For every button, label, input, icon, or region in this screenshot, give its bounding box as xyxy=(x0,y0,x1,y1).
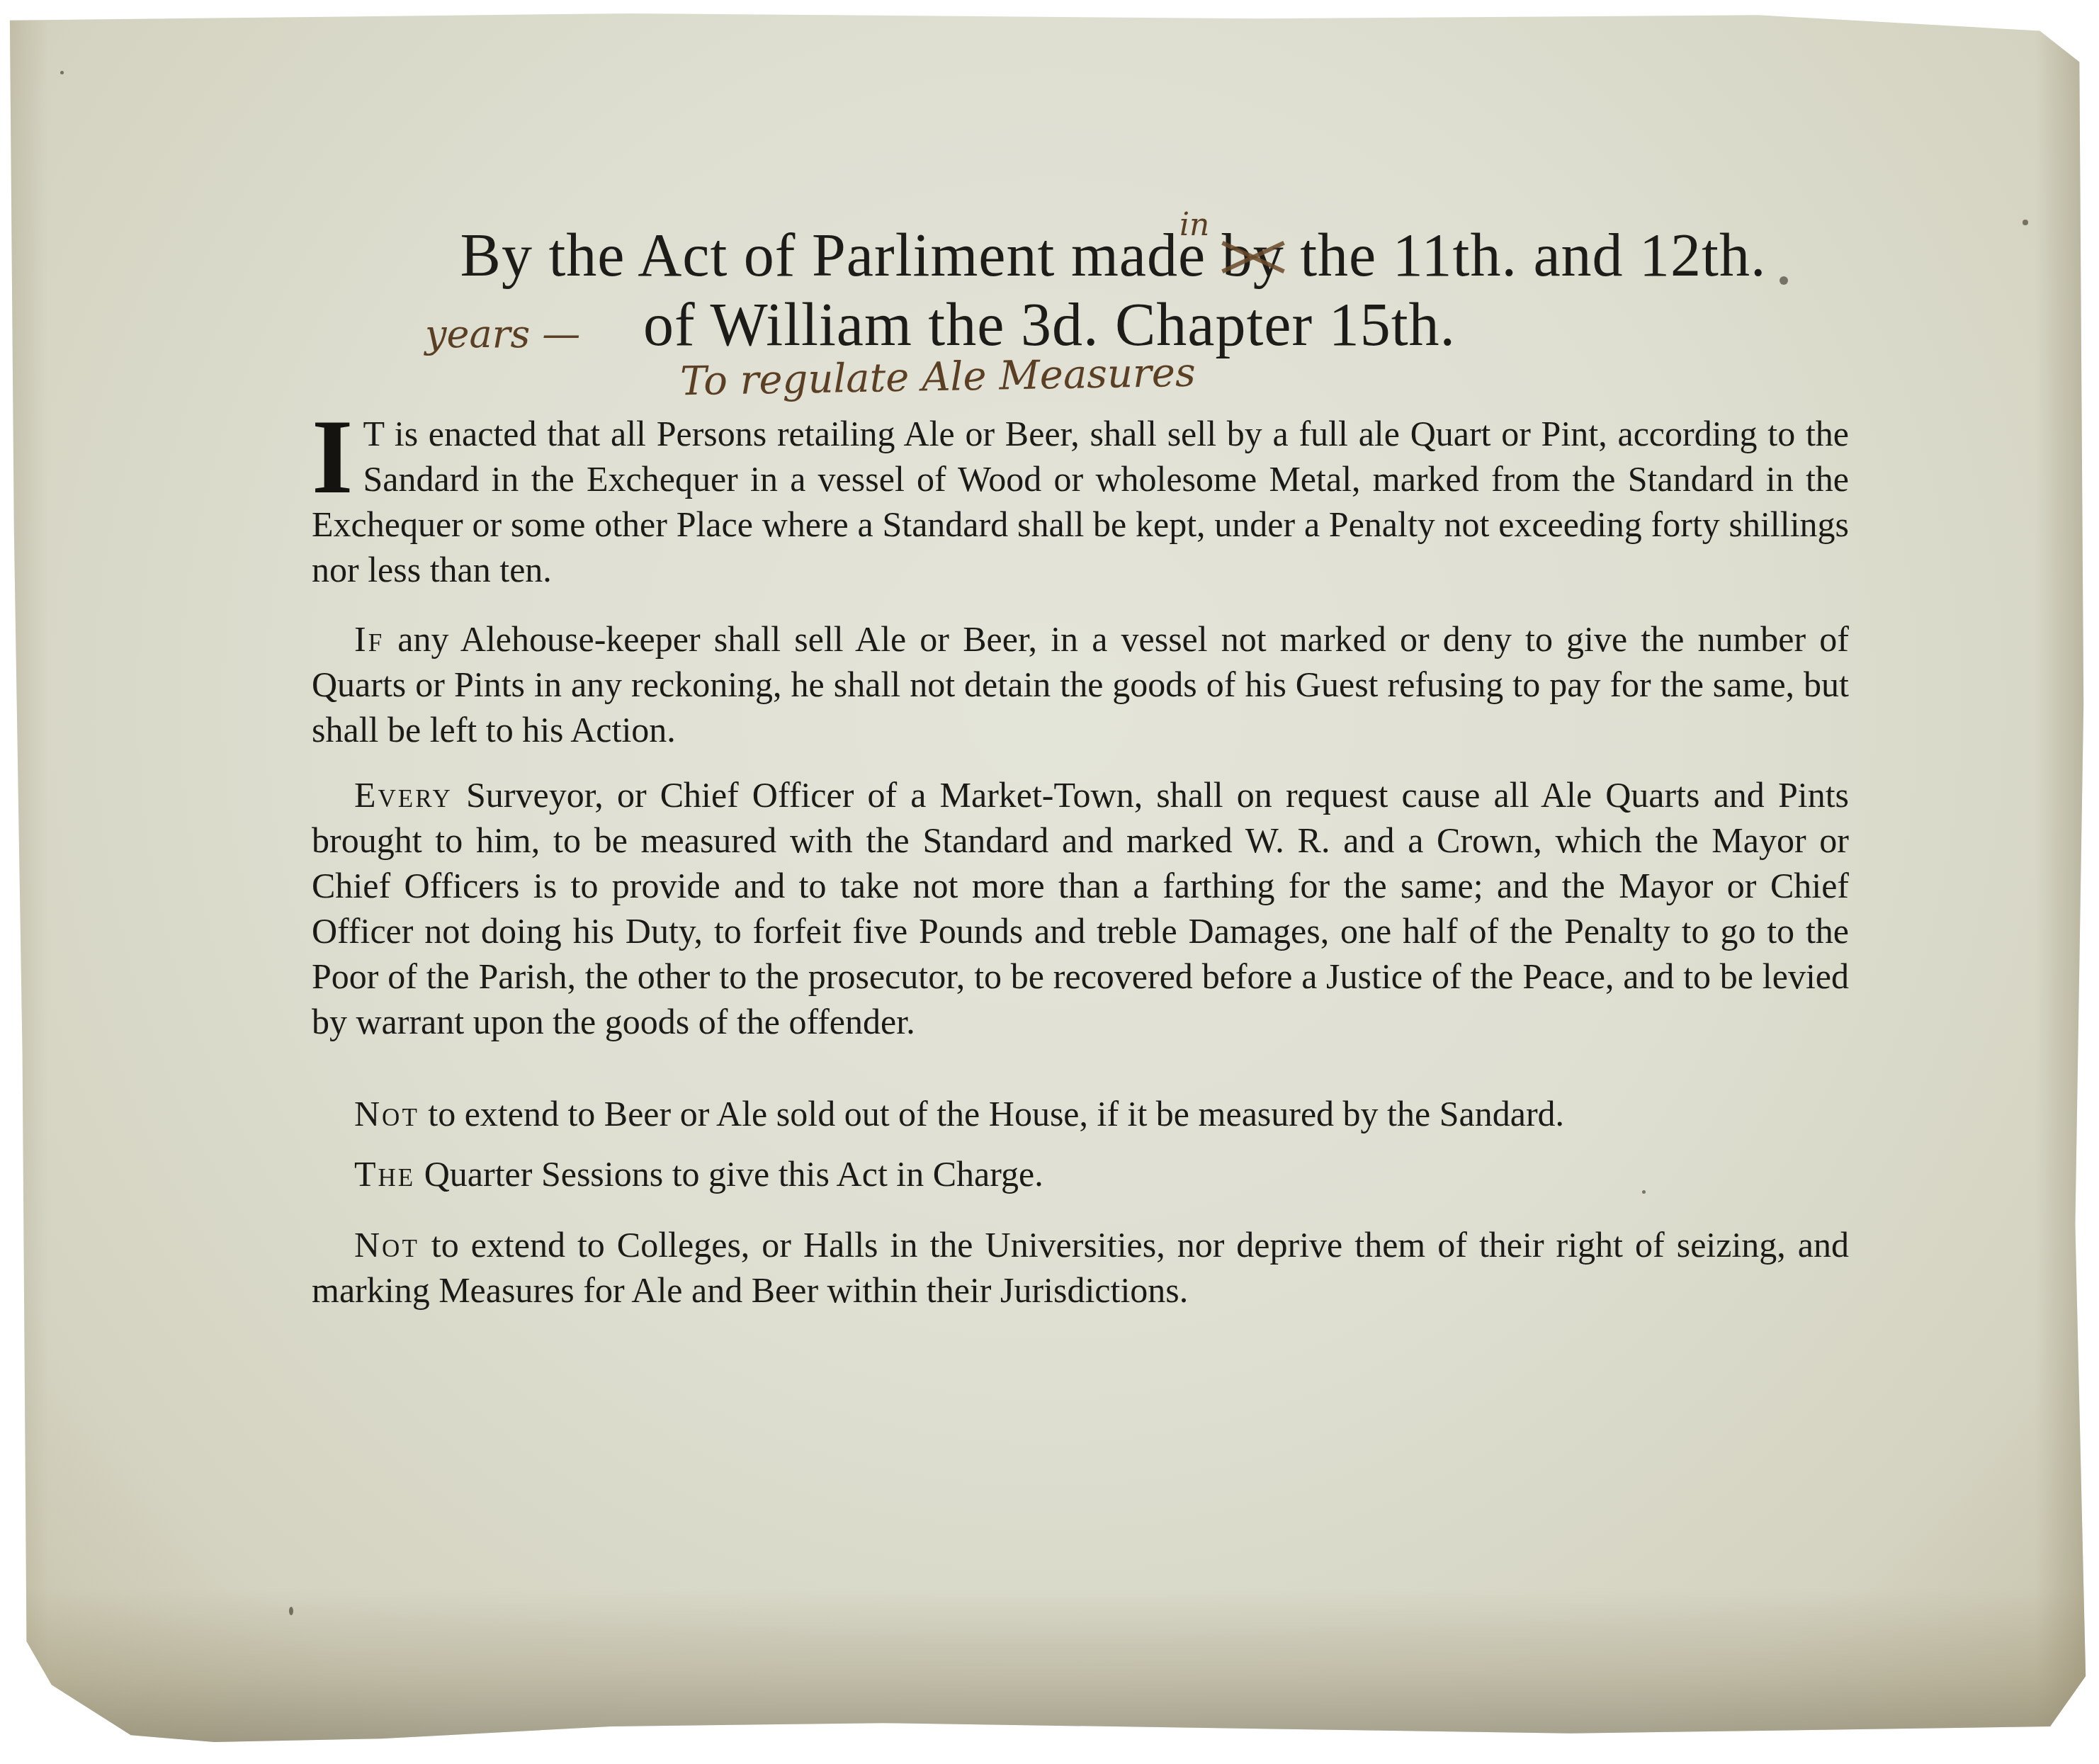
paragraph-text: any Alehouse-keeper shall sell Ale or Be… xyxy=(312,619,1849,750)
document-heading-line-2: of William the 3d. Chapter 15th. xyxy=(0,289,2099,360)
heading-text-after: the 11th. and 12th. xyxy=(1300,221,1766,289)
paragraph-6: Not to extend to Colleges, or Halls in t… xyxy=(312,1222,1849,1330)
paragraph-lead: If xyxy=(354,619,384,659)
drop-cap: I xyxy=(312,415,353,499)
handwritten-margin-note: years — xyxy=(425,312,580,356)
struck-through-word: by xyxy=(1222,220,1284,290)
paragraph-text: to extend to Colleges, or Halls in the U… xyxy=(312,1225,1849,1310)
heading-text-before: By the Act of Parliment made xyxy=(460,221,1206,289)
paragraph-4: Not to extend to Beer or Ale sold out of… xyxy=(312,1091,1849,1153)
paper-speck xyxy=(60,71,64,74)
handwritten-insertion: in xyxy=(1179,207,1209,243)
paragraph-lead: Every xyxy=(354,775,453,815)
paragraph-lead: Not xyxy=(354,1225,419,1265)
paragraph-5: The Quarter Sessions to give this Act in… xyxy=(312,1151,1849,1214)
paragraph-lead: T xyxy=(363,414,384,453)
paragraph-text: is enacted that all Persons retailing Al… xyxy=(312,414,1849,589)
paper-edge-shading xyxy=(6,10,48,1746)
paragraph-3: Every Surveyor, or Chief Officer of a Ma… xyxy=(312,772,1849,1061)
document-heading-line-1: By the Act of Parliment made by the 11th… xyxy=(64,220,2099,290)
paragraph-2: If any Alehouse-keeper shall sell Ale or… xyxy=(312,616,1849,769)
paragraph-text: Surveyor, or Chief Officer of a Market-T… xyxy=(312,775,1849,1041)
handwritten-subtitle: To regulate Ale Measures xyxy=(679,350,1196,405)
paragraph-lead: The xyxy=(354,1154,415,1194)
paragraph-text: to extend to Beer or Ale sold out of the… xyxy=(419,1094,1564,1133)
paragraph-1: IT is enacted that all Persons retailing… xyxy=(312,411,1849,609)
paper-speck xyxy=(289,1607,293,1615)
paragraph-lead: Not xyxy=(354,1094,419,1133)
paragraph-text: Quarter Sessions to give this Act in Cha… xyxy=(415,1154,1043,1194)
